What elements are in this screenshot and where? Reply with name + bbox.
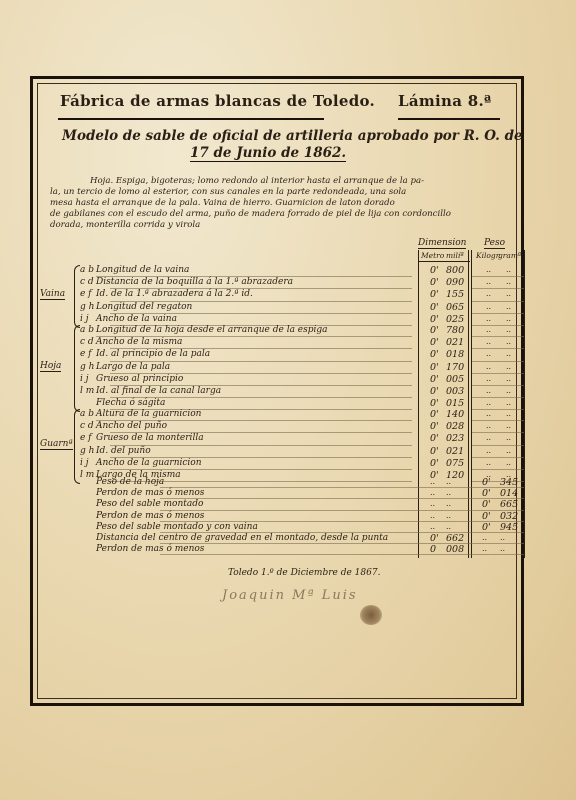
metro-value: 0' <box>430 289 439 300</box>
mili-value: 140 <box>446 409 464 420</box>
row-description: Id. al principio de la pala <box>96 349 210 359</box>
place-date: Toledo 1.º de Diciembre de 1867. <box>228 568 380 578</box>
metro-value: .. <box>430 488 435 497</box>
gramos-value: .. <box>506 277 511 286</box>
row-key: c d <box>80 337 94 347</box>
metro-value: 0' <box>430 302 439 313</box>
metro-value: 0' <box>430 421 439 432</box>
gramos-value: .. <box>506 265 511 274</box>
mili-value: 021 <box>446 446 464 457</box>
mili-header: milíª <box>446 251 464 260</box>
row-description: Grueso de la monterilla <box>96 433 204 443</box>
kilog-value: .. <box>486 314 491 323</box>
group-label: Guarnª <box>40 439 73 450</box>
mili-value: 003 <box>446 386 464 397</box>
row-description: Longitud de la hoja desde el arranque de… <box>96 325 328 335</box>
metro-value: 0' <box>430 398 439 409</box>
kilog-value: .. <box>482 533 487 542</box>
row-description: Longitud del regaton <box>96 302 192 312</box>
gramos-value: .. <box>506 409 511 418</box>
row-rule <box>160 487 524 488</box>
mili-value: 170 <box>446 362 464 373</box>
mili-value: .. <box>446 522 451 531</box>
metro-value: 0' <box>430 386 439 397</box>
row-rule <box>472 469 524 470</box>
weight-description: Peso de la hoja <box>96 477 164 487</box>
row-rule <box>472 348 524 349</box>
row-rule <box>472 361 524 362</box>
metro-value: 0' <box>430 314 439 325</box>
weight-description: Perdon de mas ó menos <box>96 544 204 554</box>
kilog-value: .. <box>486 409 491 418</box>
metro-value: 0' <box>430 458 439 469</box>
weight-description: Peso del sable montado <box>96 499 203 509</box>
row-key: c d <box>80 421 94 431</box>
gramos-value: .. <box>506 362 511 371</box>
kilog-value: .. <box>486 302 491 311</box>
row-description: Ancho del puño <box>96 421 167 431</box>
weight-description: Perdon de mas ó menos <box>96 511 204 521</box>
gramos-header: gramº <box>498 251 522 260</box>
row-rule <box>110 445 412 446</box>
row-key: i j <box>80 458 89 468</box>
row-description: Altura de la guarnicion <box>96 409 201 419</box>
mili-value: 015 <box>446 398 464 409</box>
row-rule <box>472 385 524 386</box>
row-key: l m <box>80 470 94 480</box>
row-rule <box>472 325 524 326</box>
row-key: c d <box>80 277 94 287</box>
row-rule <box>472 457 524 458</box>
gramos-value: .. <box>506 458 511 467</box>
row-rule <box>160 554 524 555</box>
kilog-value: .. <box>486 433 491 442</box>
mili-value: 018 <box>446 349 464 360</box>
kilog-value: .. <box>486 325 491 334</box>
mili-value: 065 <box>446 302 464 313</box>
mili-value: 075 <box>446 458 464 469</box>
dimension-header: Dimension <box>418 238 466 249</box>
gramos-value: .. <box>506 398 511 407</box>
row-key: a b <box>80 265 94 275</box>
group-label: Hoja <box>40 361 61 372</box>
mili-value: .. <box>446 488 451 497</box>
description-line: Hoja. Espiga, bigoteras; lomo redondo al… <box>90 176 424 187</box>
row-rule <box>472 420 524 421</box>
metro-value: 0' <box>430 265 439 276</box>
kilog-value: .. <box>486 446 491 455</box>
gramos-value: .. <box>500 544 505 553</box>
gramos-value: .. <box>506 446 511 455</box>
gramos-value: .. <box>506 337 511 346</box>
description-line: mesa hasta el arranque de la pala. Vaina… <box>50 198 395 209</box>
weight-description: Distancia del centro de gravedad en el m… <box>96 533 388 543</box>
row-rule <box>472 288 524 289</box>
description-line: la, un tercio de lomo al esterior, con s… <box>50 187 406 198</box>
kilog-value: .. <box>486 349 491 358</box>
mili-value: 021 <box>446 337 464 348</box>
description-line: de gabilanes con el escudo del arma, puñ… <box>50 209 451 220</box>
metro-value: .. <box>430 522 435 531</box>
column-rule <box>524 250 525 558</box>
mili-value: 780 <box>446 325 464 336</box>
kilog-value: .. <box>486 277 491 286</box>
kilog-value: .. <box>486 374 491 383</box>
row-description: Ancho de la vaina <box>96 314 177 324</box>
weight-description: Perdon de mas ó menos <box>96 488 204 498</box>
mili-value: 005 <box>446 374 464 385</box>
kilog-value: .. <box>486 289 491 298</box>
gramos-value: .. <box>506 421 511 430</box>
gramos-value: .. <box>506 289 511 298</box>
subtitle-line-2: 17 de Junio de 1862. <box>190 145 346 162</box>
dimension-header-rule <box>418 261 470 262</box>
metro-value: 0' <box>430 277 439 288</box>
description-line: dorada, monterilla corrida y virola <box>50 220 200 231</box>
column-rule <box>471 250 472 558</box>
row-rule <box>472 397 524 398</box>
metro-header: Metro <box>421 251 444 260</box>
row-key: i j <box>80 314 89 324</box>
metro-value: 0' <box>430 349 439 360</box>
row-rule <box>472 432 524 433</box>
plate-number: Lámina 8.ª <box>398 92 492 110</box>
metro-value: 0' <box>430 337 439 348</box>
kilog-value: .. <box>486 337 491 346</box>
row-description: Id. al final de la canal larga <box>96 386 221 396</box>
row-rule <box>472 409 524 410</box>
subtitle-line-1: Modelo de sable de oficial de artilleria… <box>62 128 523 144</box>
row-key: e f <box>80 289 92 299</box>
gramos-value: .. <box>506 349 511 358</box>
row-description: Largo de la pala <box>96 362 170 372</box>
row-description: Distancia de la boquilla á la 1.ª abraza… <box>96 277 293 287</box>
row-rule <box>160 498 524 499</box>
mili-value: 090 <box>446 277 464 288</box>
mili-value: 028 <box>446 421 464 432</box>
mili-value: 023 <box>446 433 464 444</box>
mili-value: .. <box>446 511 451 520</box>
gramos-value: .. <box>506 433 511 442</box>
gramos-value: .. <box>500 533 505 542</box>
plate-rule <box>398 118 500 120</box>
factory-title: Fábrica de armas blancas de Toledo. <box>60 92 375 110</box>
row-description: Id. de la 1.ª abrazadera á la 2.ª id. <box>96 289 253 299</box>
row-rule <box>472 313 524 314</box>
row-description: Grueso al principio <box>96 374 183 384</box>
row-description: Ancho de la guarnicion <box>96 458 202 468</box>
row-description: Flecha ó ságita <box>96 398 165 408</box>
kilog-value: .. <box>486 398 491 407</box>
factory-title-rule <box>58 118 324 120</box>
mili-value: .. <box>446 499 451 508</box>
row-description: Id. del puño <box>96 446 151 456</box>
metro-value: 0' <box>430 433 439 444</box>
row-key: a b <box>80 409 94 419</box>
metro-value: 0' <box>430 446 439 457</box>
row-rule <box>472 276 524 277</box>
gramos-value: .. <box>506 374 511 383</box>
gramos-value: .. <box>506 325 511 334</box>
row-key: i j <box>80 374 89 384</box>
mili-value: 800 <box>446 265 464 276</box>
row-rule <box>472 445 524 446</box>
row-rule <box>472 301 524 302</box>
row-rule <box>160 543 524 544</box>
kilog-value: .. <box>486 265 491 274</box>
row-key: e f <box>80 349 92 359</box>
metro-value: .. <box>430 511 435 520</box>
group-label: Vaina <box>40 289 65 300</box>
weight-description: Peso del sable montado y con vaina <box>96 522 258 532</box>
kilog-value: .. <box>486 458 491 467</box>
kilog-value: .. <box>486 362 491 371</box>
gramos-value: .. <box>506 386 511 395</box>
metro-value: 0' <box>430 374 439 385</box>
row-rule <box>472 336 524 337</box>
row-description: Longitud de la vaina <box>96 265 189 275</box>
signature: Joaquin Mª Luis <box>222 588 358 603</box>
kilog-value: .. <box>486 386 491 395</box>
metro-value: 0' <box>430 362 439 373</box>
row-key: l m <box>80 386 94 396</box>
mili-value: .. <box>446 477 451 486</box>
gramos-value: .. <box>506 302 511 311</box>
row-rule <box>160 510 524 511</box>
metro-value: 0' <box>430 325 439 336</box>
metro-value: 0' <box>430 409 439 420</box>
row-rule <box>472 373 524 374</box>
mili-value: 025 <box>446 314 464 325</box>
gramos-value: .. <box>506 314 511 323</box>
row-key: e f <box>80 433 92 443</box>
metro-value: .. <box>430 477 435 486</box>
peso-header: Peso <box>484 238 505 249</box>
row-key: g h <box>80 446 94 456</box>
kilog-value: .. <box>482 544 487 553</box>
row-key: g h <box>80 302 94 312</box>
kilog-value: .. <box>486 421 491 430</box>
column-rule <box>468 250 469 558</box>
column-rule <box>418 250 419 558</box>
metro-value: .. <box>430 499 435 508</box>
mili-value: 155 <box>446 289 464 300</box>
row-key: a b <box>80 325 94 335</box>
row-description: Ancho de la misma <box>96 337 182 347</box>
row-key: g h <box>80 362 94 372</box>
